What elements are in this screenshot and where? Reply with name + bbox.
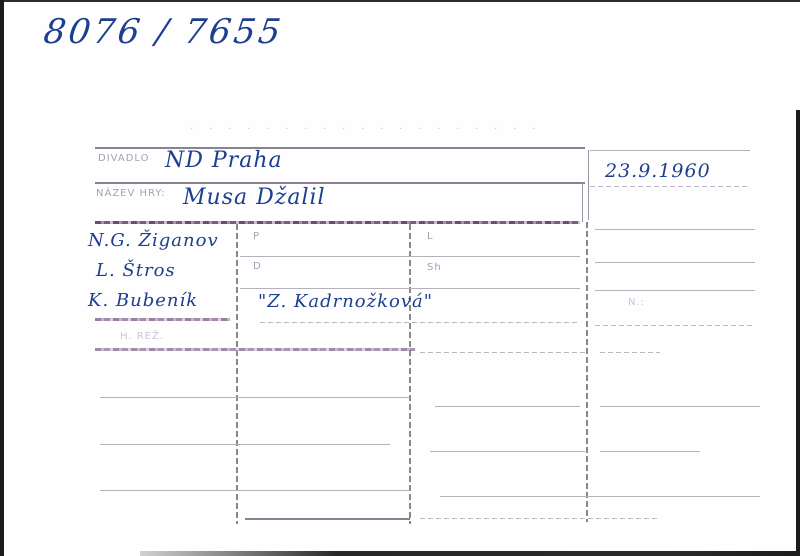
grid-col-1 — [236, 224, 238, 524]
cast-name-2: L. Štros — [96, 260, 176, 281]
grid-row-2 — [240, 288, 580, 289]
lower-row-2c — [430, 451, 585, 452]
card-edge-top — [0, 0, 800, 2]
rule-director — [95, 348, 415, 351]
card-edge-bottom — [140, 551, 800, 556]
role-label-sh: Sh — [427, 262, 442, 273]
lower-row-1b — [435, 406, 580, 407]
rule-right-4 — [595, 325, 755, 326]
rule-right-1 — [595, 229, 755, 230]
lower-row-1 — [100, 397, 410, 398]
lower-row-3 — [100, 490, 410, 491]
lower-row-4 — [245, 518, 410, 520]
rule-date — [590, 186, 750, 187]
lower-row-2d — [600, 451, 700, 452]
grid-col-2 — [409, 224, 411, 524]
note-value: "Z. Kadrnožková" — [258, 291, 433, 312]
role-label-l: L — [427, 231, 434, 242]
reference-number: 8076 / 7655 — [41, 12, 286, 52]
theatre-label: DIVADLO — [98, 153, 149, 164]
play-title-label: NÁZEV HRY: — [96, 188, 166, 199]
date-value: 23.9.1960 — [605, 160, 711, 182]
rule-notes — [260, 322, 580, 323]
card-edge-left — [0, 0, 4, 556]
lower-row-3b — [440, 496, 590, 497]
play-title-value: Musa Džalil — [183, 185, 326, 210]
date-box-left — [588, 150, 589, 220]
rule-director-3 — [600, 352, 660, 353]
role-label-d: D — [253, 261, 262, 272]
title-box-right — [582, 182, 583, 222]
rule-cast-top — [95, 221, 580, 224]
rule-top-right — [590, 150, 750, 151]
rule-theatre — [95, 182, 585, 184]
rule-right-2 — [595, 262, 755, 263]
card-edge-right — [796, 110, 800, 556]
lower-row-3c — [590, 496, 760, 497]
rule-cast-bottom — [95, 318, 230, 321]
grid-col-3 — [586, 222, 588, 522]
lower-row-4b — [420, 518, 660, 519]
cast-name-3: K. Bubeník — [88, 290, 198, 311]
lower-row-1c — [600, 406, 760, 407]
printed-header: · · · · · · · · · · · · · · · · · · · — [190, 122, 541, 135]
theatre-value: ND Praha — [165, 148, 283, 173]
lower-row-2b — [245, 444, 390, 445]
rule-director-2 — [420, 352, 585, 353]
faint-mark: N.: — [628, 297, 645, 308]
director-label: H. REŽ. — [120, 331, 164, 342]
cast-name-1: N.G. Žiganov — [88, 230, 219, 251]
rule-right-3 — [595, 290, 755, 291]
archive-card: 8076 / 7655 · · · · · · · · · · · · · · … — [0, 0, 800, 556]
role-label-p: P — [253, 231, 260, 242]
grid-row-1 — [240, 256, 580, 257]
